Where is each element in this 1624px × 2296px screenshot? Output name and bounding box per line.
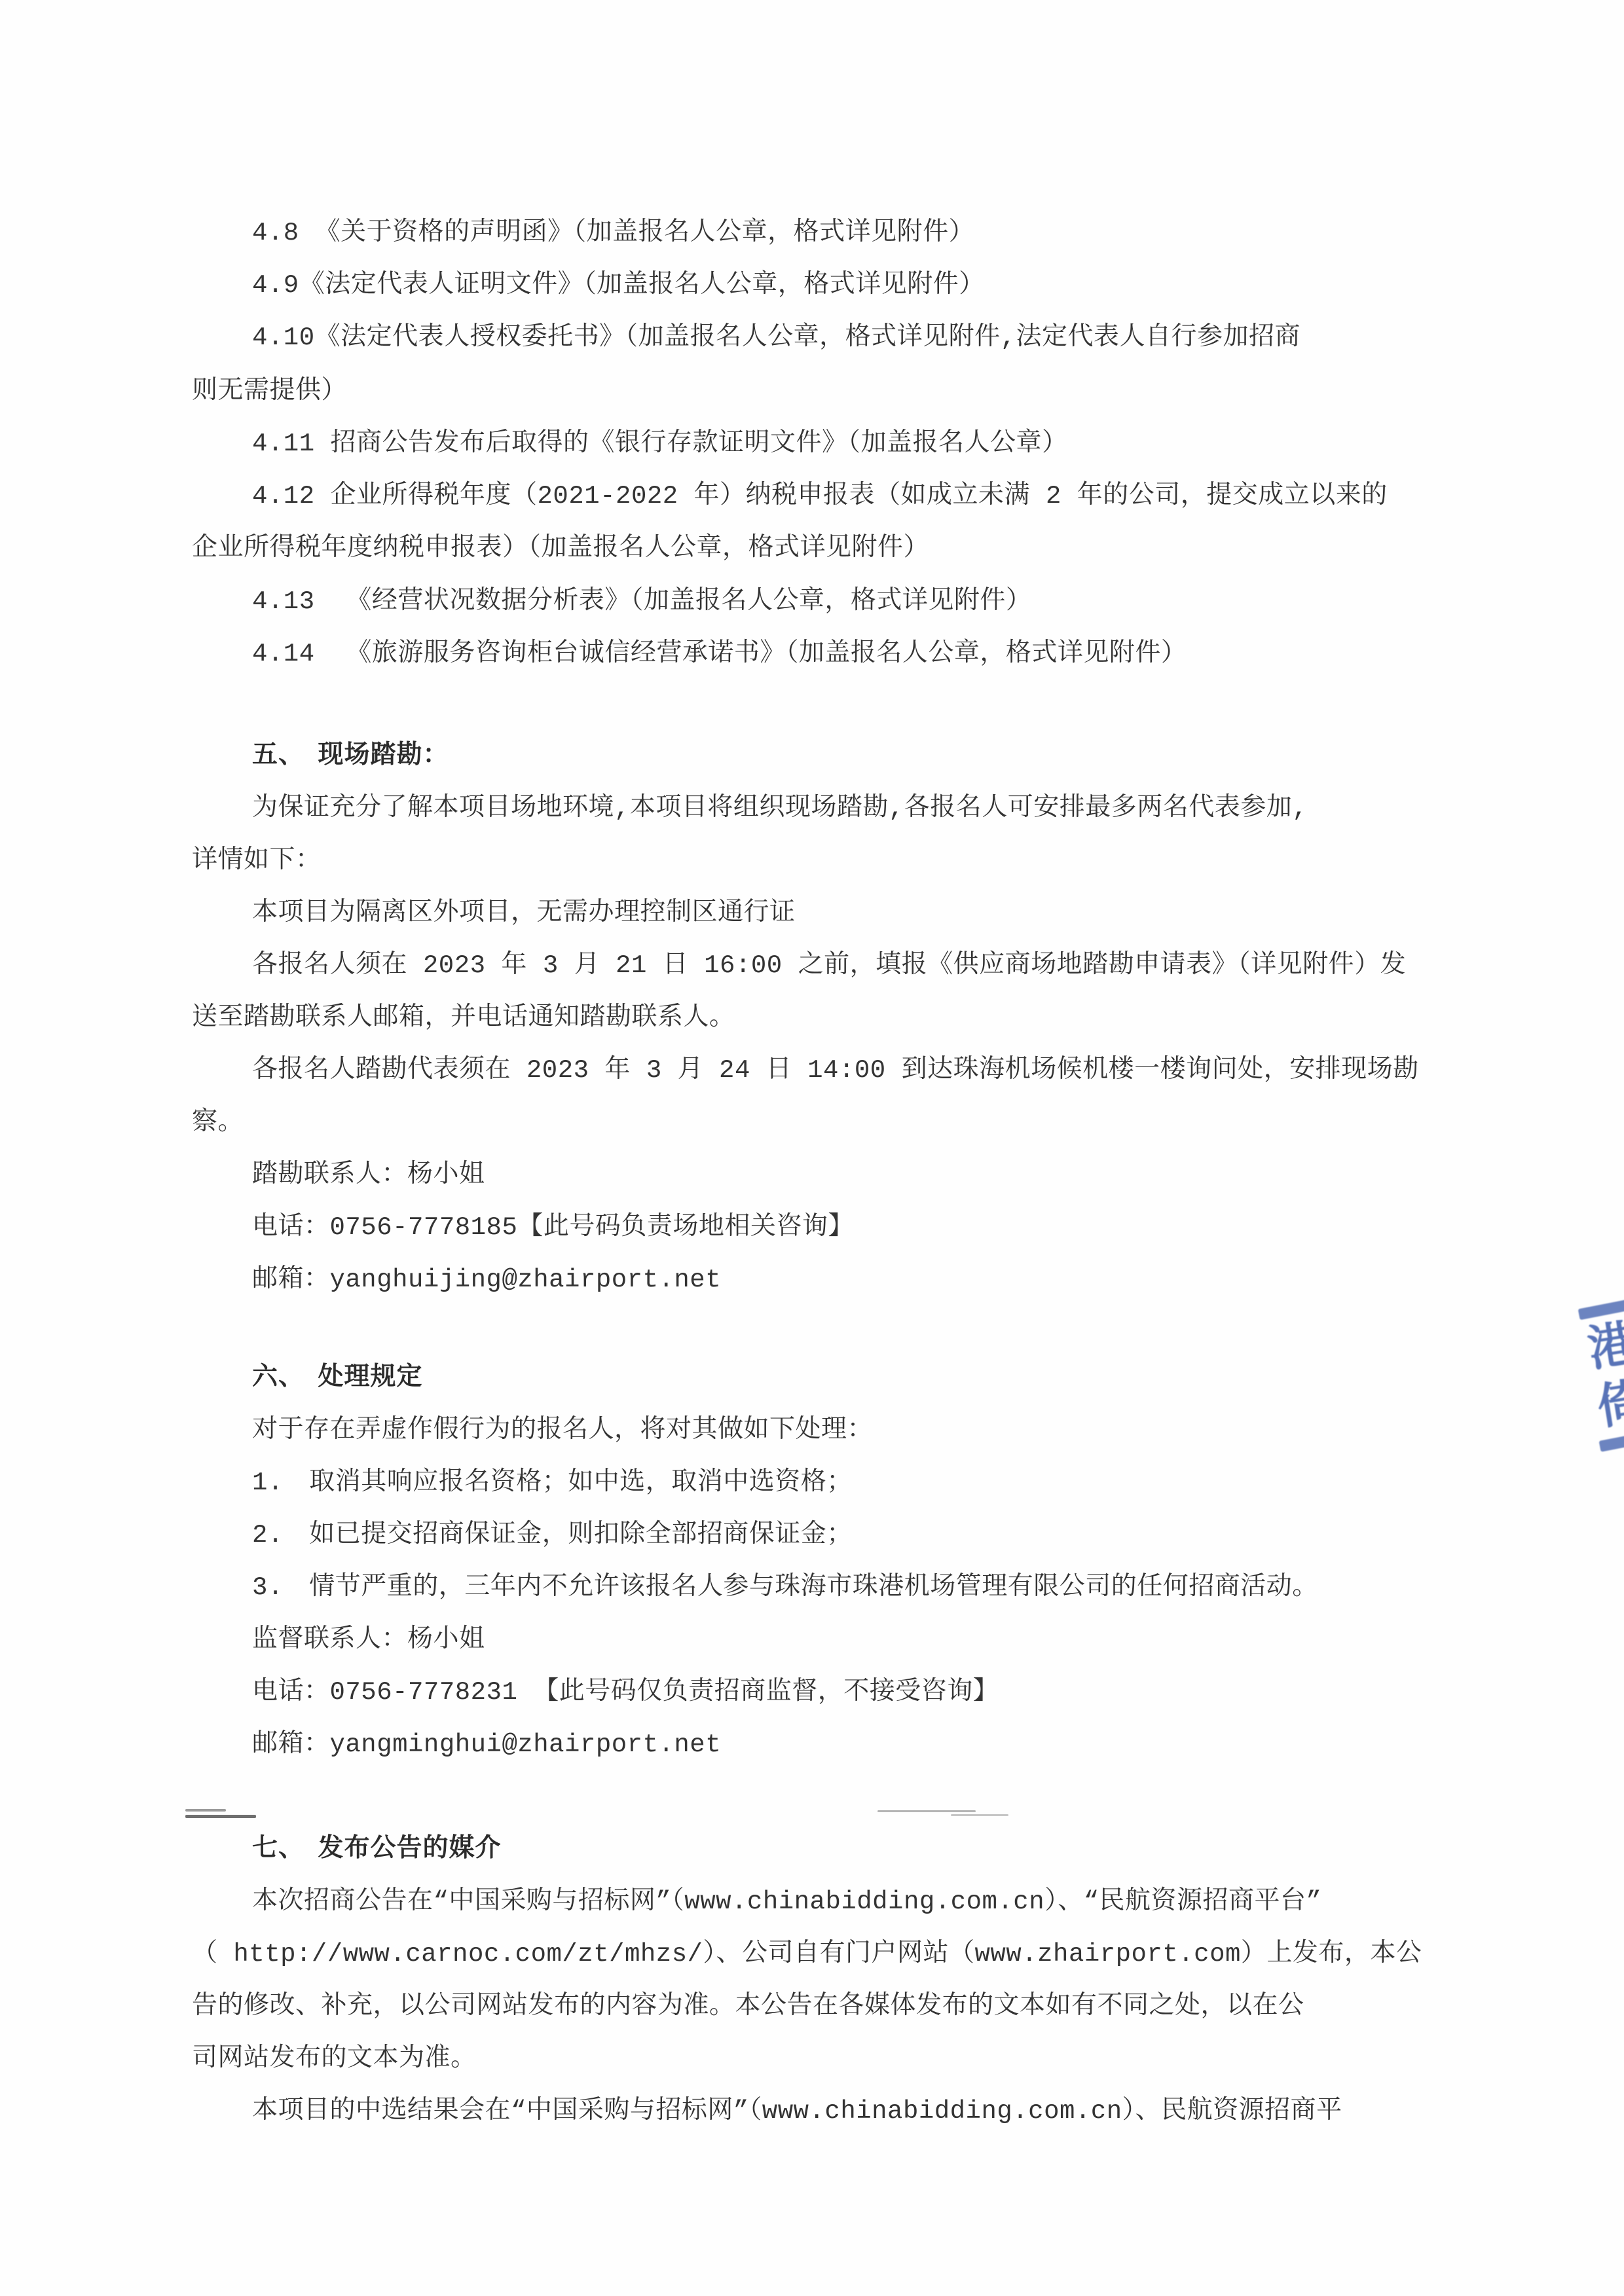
stamp-top-bar xyxy=(1578,1294,1624,1321)
contact-name-line: 监督联系人：杨小姐 xyxy=(252,1622,485,1658)
section-heading: 七、 发布公告的媒介 xyxy=(252,1831,502,1868)
text-line: 4.13 《经营状况数据分析表》（加盖报名人公章，格式详见附件） xyxy=(252,583,1031,620)
text-line: 本次招商公告在“中国采购与招标网”（www.chinabidding.com.c… xyxy=(252,1884,1321,1920)
scan-smudge xyxy=(877,1810,976,1812)
text-line: 4.10《法定代表人授权委托书》（加盖报名人公章，格式详见附件,法定代表人自行参… xyxy=(252,319,1301,356)
scan-smudge xyxy=(185,1809,226,1812)
section-heading: 五、 现场踏勘： xyxy=(252,738,449,774)
contact-phone-line: 电话：0756-7778185【此号码负责场地相关咨询】 xyxy=(252,1209,854,1246)
text-line: 送至踏勘联系人邮箱，并电话通知踏勘联系人。 xyxy=(192,1000,735,1036)
text-line: 对于存在弄虚作假行为的报名人，将对其做如下处理： xyxy=(252,1412,873,1449)
stamp-character: 倚 xyxy=(1594,1374,1624,1432)
text-line: 详情如下： xyxy=(192,843,322,879)
text-line: 企业所得税年度纳税申报表）（加盖报名人公章，格式详见附件） xyxy=(192,530,929,567)
text-line: 各报名人须在 2023 年 3 月 21 日 16:00 之前，填报《供应商场地… xyxy=(252,947,1406,984)
list-item: 3. 情节严重的，三年内不允许该报名人参与珠海市珠港机场管理有限公司的任何招商活… xyxy=(252,1569,1318,1606)
scan-smudge xyxy=(185,1815,256,1818)
text-line: 4.11 招商公告发布后取得的《银行存款证明文件》（加盖报名人公章） xyxy=(252,426,1068,462)
text-line: 本项目的中选结果会在“中国采购与招标网”（www.chinabidding.co… xyxy=(252,2093,1342,2130)
scan-smudge xyxy=(951,1814,1008,1816)
text-line: 4.8 《关于资格的声明函》（加盖报名人公章，格式详见附件） xyxy=(252,215,974,251)
text-line: 则无需提供） xyxy=(192,373,347,410)
text-line: 4.14 《旅游服务咨询柜台诚信经营承诺书》（加盖报名人公章，格式详见附件） xyxy=(252,636,1187,672)
contact-phone-line: 电话：0756-7778231 【此号码仅负责招商监督，不接受咨询】 xyxy=(252,1674,999,1711)
stamp-character: 港 xyxy=(1585,1315,1624,1374)
list-item: 1. 取消其响应报名资格；如中选，取消中选资格； xyxy=(252,1465,853,1501)
text-line: 4.9《法定代表人证明文件》（加盖报名人公章，格式详见附件） xyxy=(252,267,985,304)
contact-email-line: 邮箱：yangminghui@zhairport.net xyxy=(252,1726,721,1763)
document-page: 4.8 《关于资格的声明函》（加盖报名人公章，格式详见附件） 4.9《法定代表人… xyxy=(0,0,1624,2296)
section-heading: 六、 处理规定 xyxy=(252,1360,423,1396)
text-line: 各报名人踏勘代表须在 2023 年 3 月 24 日 14:00 到达珠海机场候… xyxy=(252,1052,1419,1089)
list-item: 2. 如已提交招商保证金，则扣除全部招商保证金； xyxy=(252,1517,853,1554)
contact-name-line: 踏勘联系人：杨小姐 xyxy=(252,1157,485,1194)
ink-stamp: 港 倚 xyxy=(1574,1290,1624,1463)
text-line: （ http://www.carnoc.com/zt/mhzs/）、公司自有门户… xyxy=(192,1936,1422,1973)
contact-email-line: 邮箱：yanghuijing@zhairport.net xyxy=(252,1262,721,1298)
text-line: 察。 xyxy=(192,1104,244,1141)
text-line: 本项目为隔离区外项目，无需办理控制区通行证 xyxy=(252,895,796,932)
text-line: 4.12 企业所得税年度（2021-2022 年）纳税申报表（如成立未满 2 年… xyxy=(252,478,1388,515)
text-line: 为保证充分了解本项目场地环境,本项目将组织现场踏勘,各报名人可安排最多两名代表参… xyxy=(252,790,1308,827)
text-line: 司网站发布的文本为准。 xyxy=(192,2041,477,2077)
text-line: 告的修改、补充，以公司网站发布的内容为准。本公告在各媒体发布的文本如有不同之处，… xyxy=(192,1988,1304,2025)
